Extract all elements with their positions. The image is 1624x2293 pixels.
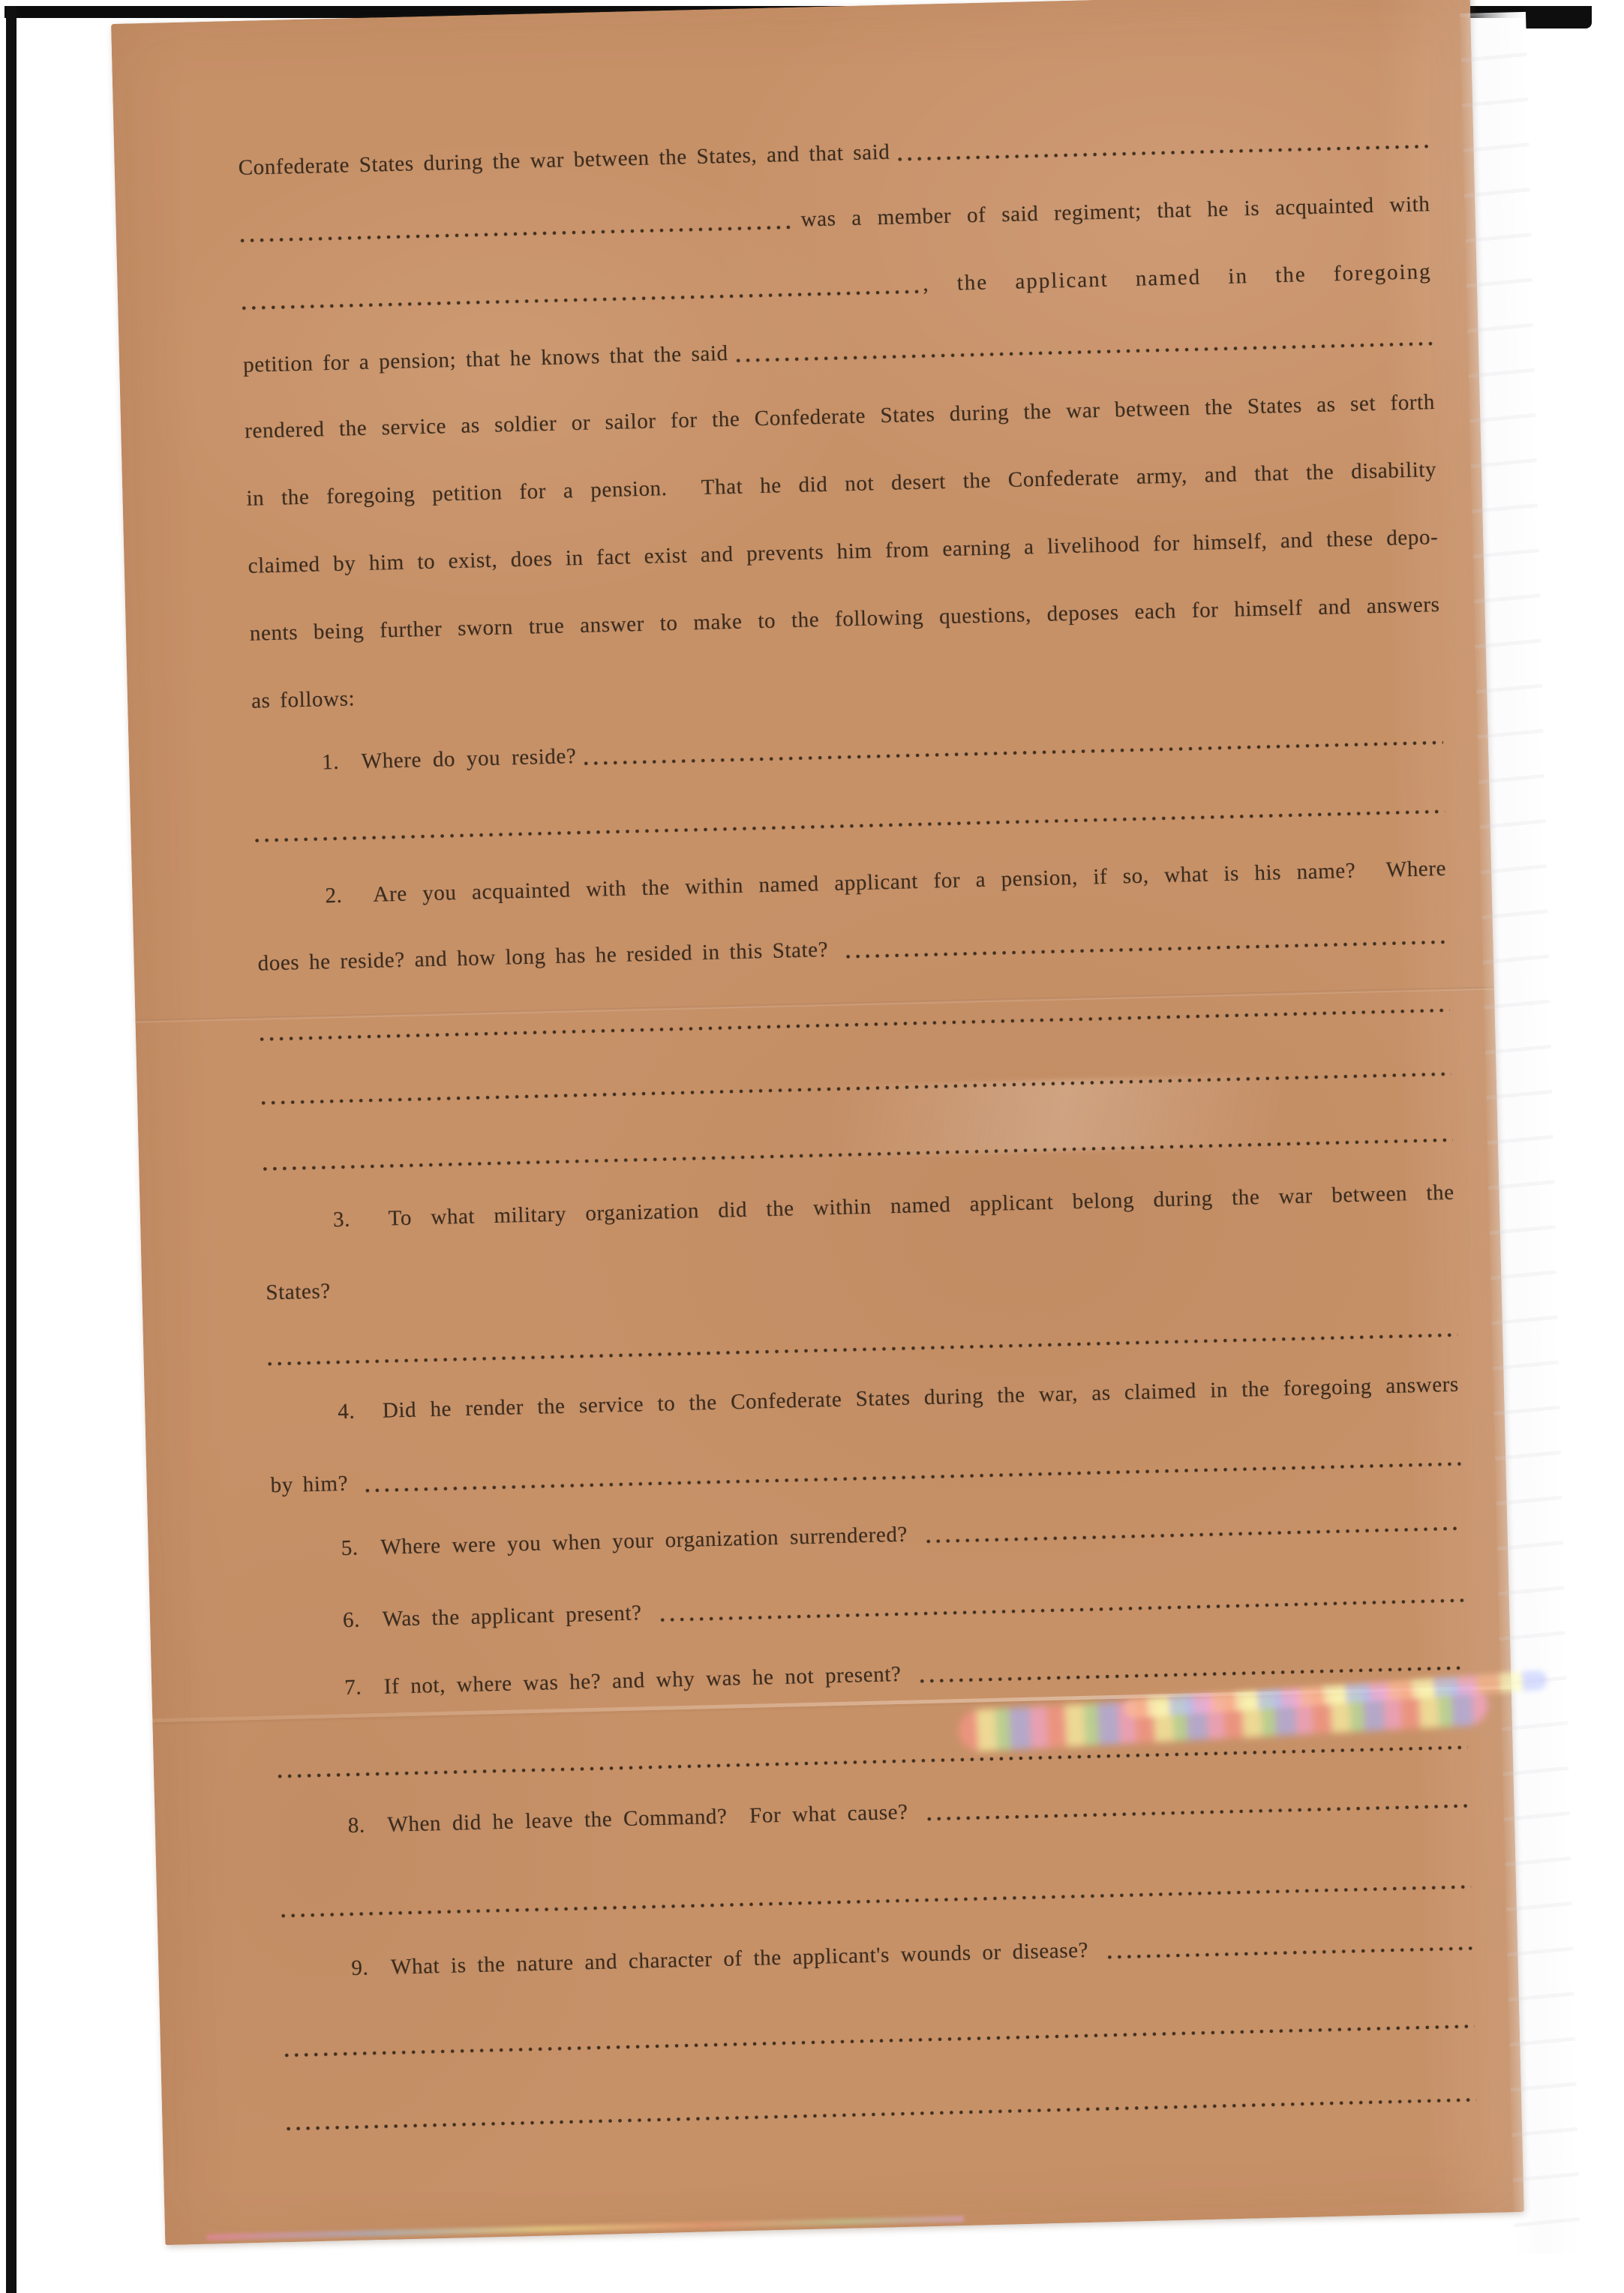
question-text: 1. Where do you reside? [322,742,577,776]
pension-form-page: Confederate States during the war betwee… [111,0,1524,2245]
answer-line-q1 [254,790,1445,848]
iridescent-bottom-edge [206,2216,964,2240]
preamble-line-1: Confederate States during the war betwee… [238,125,1428,182]
answer-line-q9-b [286,2078,1476,2135]
preamble-text: was a member of said regiment; that he i… [800,190,1430,233]
question-text: 4. Did he render the service to the Conf… [338,1373,1459,1424]
preamble-line-7: claimed by him to exist, does in fact ex… [248,523,1438,581]
question-3-line-1: 3. To what military organization did the… [264,1178,1454,1236]
question-text: by him? [270,1469,358,1500]
question-8: 8. When did he leave the Command? For wh… [278,1784,1469,1841]
answer-dotted-line [660,1579,1464,1627]
question-text: 7. If not, where was he? and why was he … [344,1660,913,1702]
answer-dotted-line [284,2004,1475,2062]
question-5: 5. Where were you when your organization… [272,1507,1462,1565]
answer-dotted-line [286,2078,1476,2135]
question-text: 9. What is the nature and character of t… [351,1936,1100,1982]
question-4-line-2: by him? [270,1442,1460,1500]
answer-dotted-line [254,790,1445,848]
preamble-line-6: in the foregoing petition for a pension.… [246,455,1436,513]
preamble-text: , the applicant named in the foregoing [923,257,1432,299]
question-text: 6. Was the applicant present? [343,1598,653,1634]
preamble-text: rendered the service as soldier or sailo… [245,390,1435,443]
dotted-blank [242,270,923,315]
answer-dotted-line [1106,1926,1472,1964]
preamble-text: petition for a pension; that he knows th… [243,339,728,380]
scanner-edge-left [6,6,17,2293]
preamble-text: claimed by him to exist, does in fact ex… [248,525,1438,578]
preamble-line-5: rendered the service as soldier or sailo… [245,388,1435,446]
dotted-blank [735,322,1433,368]
preamble-text: nents being further sworn true answer to… [250,593,1440,646]
preamble-text: as follows: [251,684,356,715]
answer-dotted-line [584,721,1443,770]
question-2-line-2: does he reside? and how long has he resi… [257,920,1448,978]
preamble-line-4: petition for a pension; that he knows th… [243,322,1433,380]
question-text: 2. Are you acquainted with the within na… [325,857,1446,908]
question-text: does he reside? and how long has he resi… [257,935,838,978]
answer-dotted-line [926,1507,1462,1548]
question-text: 5. Where were you when your organization… [341,1520,919,1562]
answer-dotted-line [267,1313,1457,1371]
question-4-line-1: 4. Did he render the service to the Conf… [269,1370,1459,1428]
question-6: 6. Was the applicant present? [274,1579,1464,1637]
answer-line-q8 [281,1865,1471,1922]
answer-line-q3 [267,1313,1457,1371]
question-2-line-1: 2. Are you acquainted with the within na… [256,854,1446,912]
question-9: 9. What is the nature and character of t… [282,1926,1472,1984]
answer-dotted-line [365,1442,1460,1498]
answer-dotted-line [281,1865,1471,1922]
preamble-text: in the foregoing petition for a pension.… [246,458,1436,511]
question-1: 1. Where do you reside? [253,721,1443,779]
preamble-line-9: as follows: [251,658,1442,716]
question-text: 8. When did he leave the Command? For wh… [347,1797,920,1840]
dotted-blank [239,206,794,248]
preamble-line-8: nents being further sworn true answer to… [249,590,1439,648]
scan-background: Confederate States during the war betwee… [0,0,1624,2293]
preamble-line-3: , the applicant named in the foregoing [242,257,1432,315]
scanner-edge-top-right [1524,6,1592,29]
answer-dotted-line [259,989,1449,1046]
answer-line-q2-a [259,989,1449,1046]
question-3-line-2: States? [266,1250,1456,1307]
dotted-blank [897,125,1429,166]
answer-dotted-line [845,920,1448,964]
preamble-line-2: was a member of said regiment; that he i… [239,190,1430,248]
answer-line-q9-a [284,2004,1475,2062]
preamble-text: Confederate States during the war betwee… [238,138,890,182]
question-text: 3. To what military organization did the… [333,1181,1454,1232]
answer-dotted-line [926,1784,1469,1826]
question-text: States? [266,1277,331,1307]
